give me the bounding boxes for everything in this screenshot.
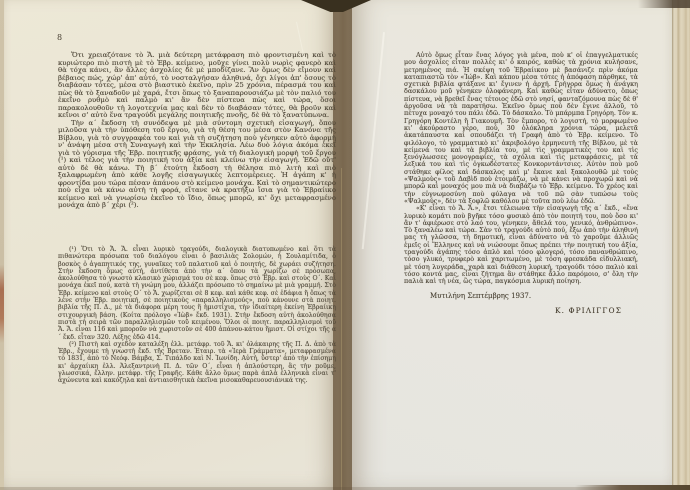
right-paragraph-1: Αὐτὸ ὅμως εἶταν ἕνας λόγος γιὰ μένα, ποὺ… (404, 52, 638, 205)
right-paragraph-2: «Κ' εἶναι τὸ Ἄ. Ἄ.», ἔτσι τέλειωνα τὴν ε… (404, 205, 638, 285)
left-page-footnotes: (¹) Ὅτι τὸ Ἄ. Ἄ. εἶναι λυρικὸ τραγούδι, … (58, 246, 336, 385)
page-edges-right (672, 0, 690, 490)
cover-edge-bottom-right (575, 485, 690, 490)
footnote-2: (²) Πιστὴ καὶ σχεδὸν καταλέξη ἑλλ. μετάφ… (58, 341, 336, 385)
right-page-body-text: Αὐτὸ ὅμως εἶταν ἕνας λόγος γιὰ μένα, ποὺ… (404, 52, 638, 314)
left-page: 8 Ὅτι χρειαζότανε τὸ Ἄ. μιὰ δεύτερη μετά… (3, 0, 333, 490)
left-page-body-text: Ὅτι χρειαζότανε τὸ Ἄ. μιὰ δεύτερη μετάφρ… (58, 52, 336, 210)
footnote-1: (¹) Ὅτι τὸ Ἄ. Ἄ. εἶναι λυρικὸ τραγούδι, … (58, 246, 336, 341)
book-edge-left (0, 0, 4, 490)
dateline: Μυτιλήνη Σεπτέμβρης 1937. (404, 293, 638, 300)
gutter-crease-line (341, 168, 342, 490)
left-paragraph-1: Ὅτι χρειαζότανε τὸ Ἄ. μιὰ δεύτερη μετάφρ… (58, 52, 336, 120)
open-book-photo: 8 Ὅτι χρειαζότανε τὸ Ἄ. μιὰ δεύτερη μετά… (0, 0, 690, 490)
left-paragraph-2: Τὴν α´ ἔκδοση τὴ συνόδεψα μὲ μιὰ σύντομη… (58, 120, 336, 210)
left-page-number: 8 (57, 33, 62, 42)
cover-corner-top-right (638, 0, 690, 8)
author-signature: Κ. ΦΡΙΛΙΓΓΟΣ (404, 307, 638, 314)
